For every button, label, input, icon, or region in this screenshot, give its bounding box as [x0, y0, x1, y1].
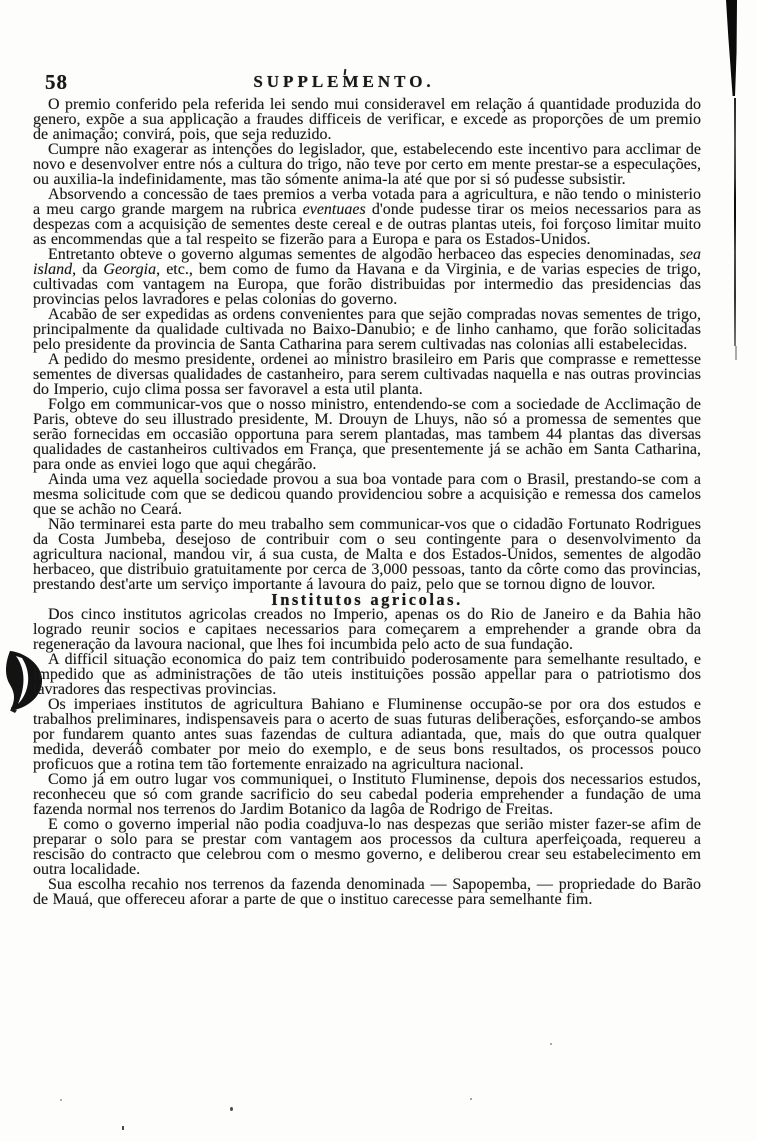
paragraph-text: Os imperiaes institutos de agricultura B…: [33, 696, 701, 773]
paragraph-text: A difficil situação economica do paiz te…: [33, 651, 701, 698]
book-spine-line: [734, 98, 736, 346]
paragraph: Dos cinco institutos agricolas creados n…: [33, 607, 701, 652]
paragraph: A pedido do mesmo presidente, ordenei ao…: [33, 352, 701, 397]
paragraph-text: Não terminarei esta parte do meu trabalh…: [33, 516, 701, 593]
book-spine-line-tail: [735, 346, 737, 360]
paragraph: Os imperiaes institutos de agricultura B…: [33, 697, 701, 772]
book-spine-shadow: [726, 0, 737, 96]
paragraph-text: Acabão de ser expedidas as ordens conven…: [33, 306, 701, 353]
paragraph-text: E como o governo imperial não podia coad…: [33, 816, 701, 878]
paragraph-text: O premio conferido pela referida lei sen…: [33, 96, 701, 143]
scanned-page: 58 SUPPLEMENTO. O premio conferido pela …: [0, 0, 757, 1141]
page-body: O premio conferido pela referida lei sen…: [33, 97, 701, 907]
paragraph: Absorvendo a concessão de taes premios a…: [33, 187, 701, 247]
paragraph-text: Ainda uma vez aquella sociedade provou a…: [33, 471, 701, 518]
paragraph: E como o governo imperial não podia coad…: [33, 817, 701, 877]
paragraph: Cumpre não exagerar as intenções do legi…: [33, 142, 701, 187]
paragraph-text: Como já em outro lugar vos communiquei, …: [33, 771, 701, 818]
ink-speck: [122, 1126, 124, 1130]
section-heading: Institutos agricolas.: [33, 592, 701, 607]
ink-speck: [230, 1107, 233, 1111]
ink-speck: [60, 1099, 62, 1101]
ink-speck: [550, 1043, 552, 1045]
paragraph: Entretanto obteve o governo algumas seme…: [33, 247, 701, 307]
paragraph: Folgo em communicar-vos que o nosso mini…: [33, 397, 701, 472]
paragraph: Ainda uma vez aquella sociedade provou a…: [33, 472, 701, 517]
ink-speck: [470, 1098, 472, 1100]
paragraph: A difficil situação economica do paiz te…: [33, 652, 701, 697]
paragraph-text: Folgo em communicar-vos que o nosso mini…: [33, 396, 701, 473]
paragraph: Sua escolha recahio nos terrenos da faze…: [33, 877, 701, 907]
paragraph: Como já em outro lugar vos communiquei, …: [33, 772, 701, 817]
paragraph: O premio conferido pela referida lei sen…: [33, 97, 701, 142]
paragraph-text: Sua escolha recahio nos terrenos da faze…: [33, 876, 701, 908]
paragraph: Não terminarei esta parte do meu trabalh…: [33, 517, 701, 592]
paragraph: Acabão de ser expedidas as ordens conven…: [33, 307, 701, 352]
paragraph-text: Cumpre não exagerar as intenções do legi…: [33, 141, 701, 188]
paragraph-text: Dos cinco institutos agricolas creados n…: [33, 606, 701, 653]
paragraph-text: A pedido do mesmo presidente, ordenei ao…: [33, 351, 701, 398]
